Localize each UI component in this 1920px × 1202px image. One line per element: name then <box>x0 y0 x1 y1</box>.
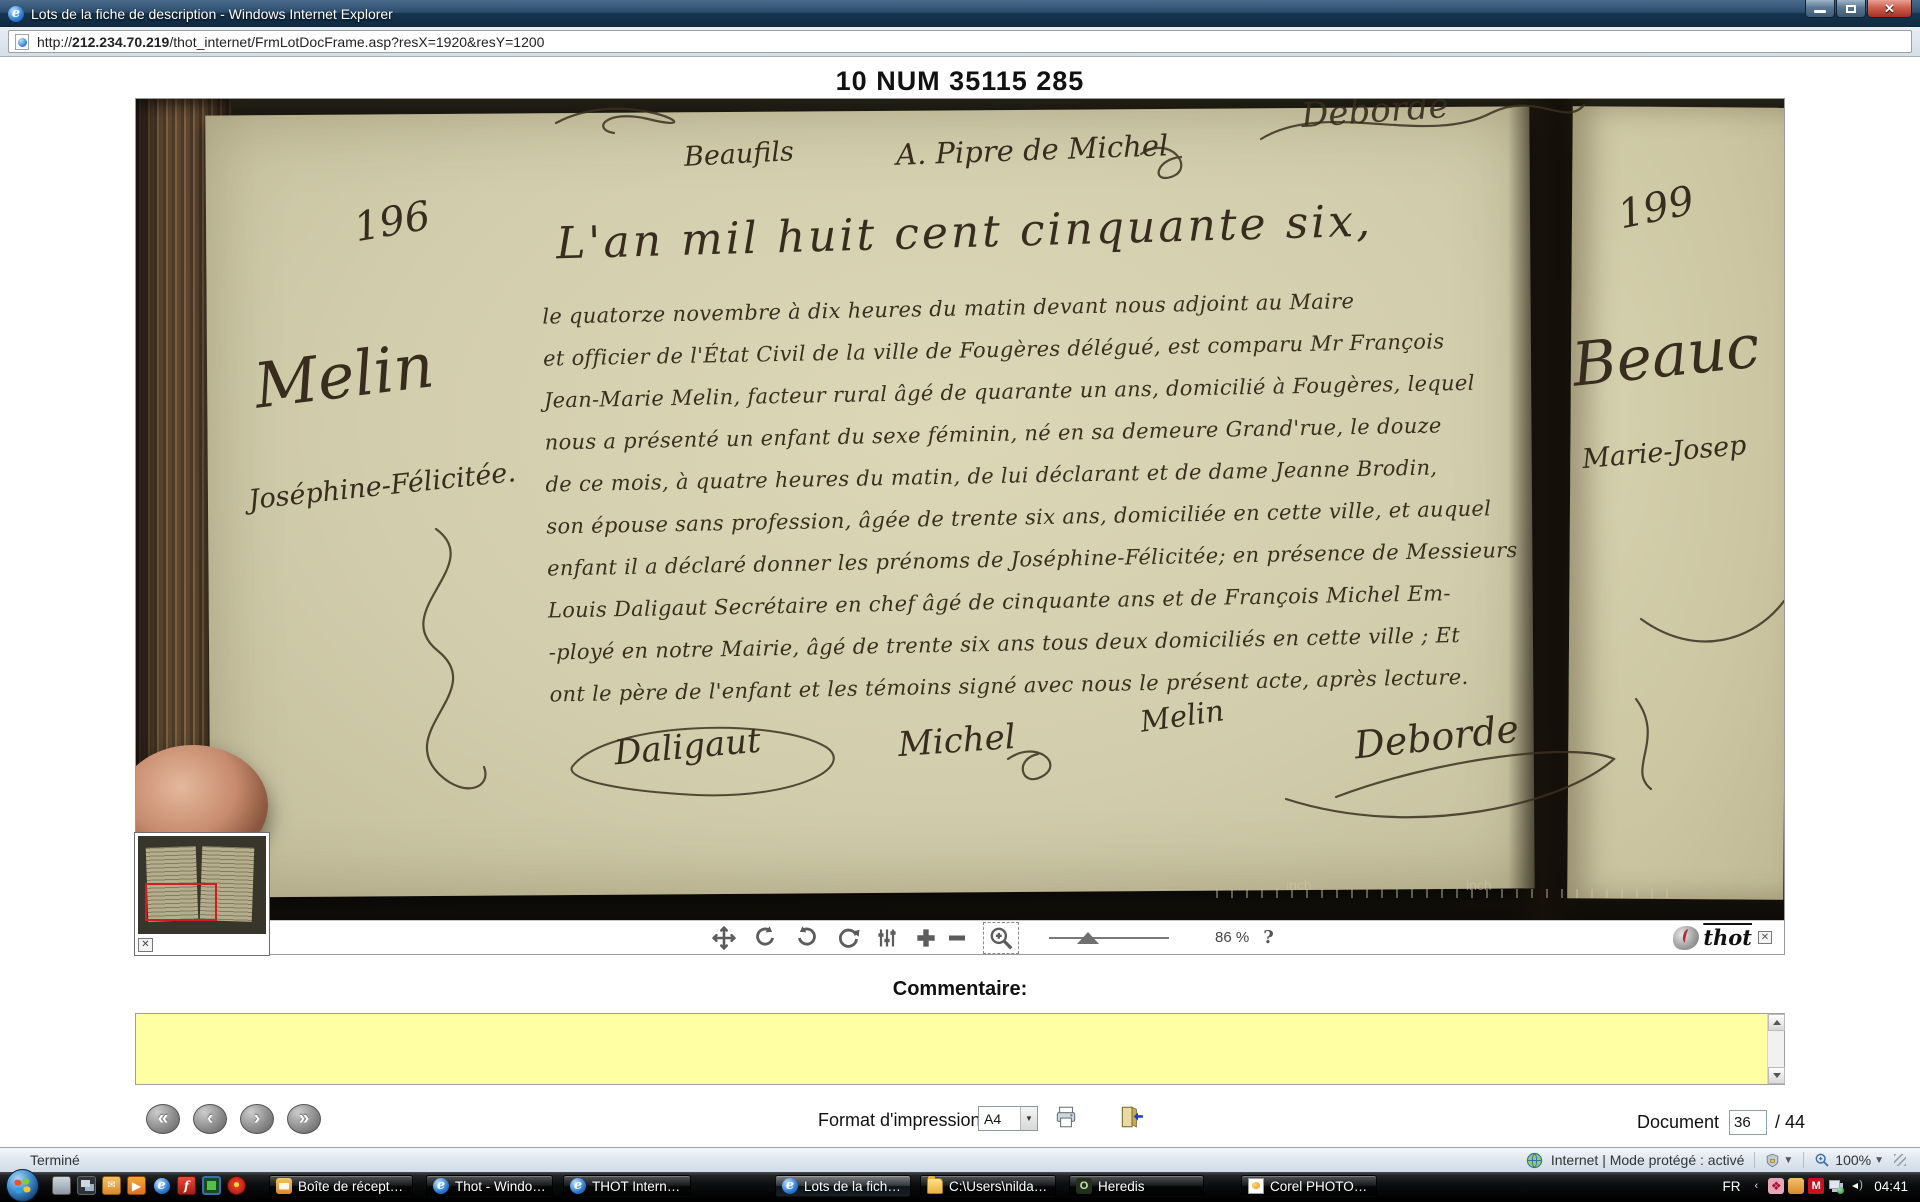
comment-label: Commentaire: <box>0 978 1920 1001</box>
zoom-tool-selected-icon[interactable] <box>983 922 1019 954</box>
address-bar: http://212.234.70.219/thot_internet/FrmL… <box>0 27 1920 57</box>
network-icon[interactable] <box>1828 1178 1844 1194</box>
ie-logo-icon: e <box>8 6 24 22</box>
document-number-input[interactable] <box>1729 1110 1767 1135</box>
show-desktop-icon[interactable] <box>52 1176 71 1195</box>
internet-globe-icon <box>1526 1152 1543 1169</box>
restore-icon <box>1846 5 1856 13</box>
comment-box <box>135 1013 1785 1085</box>
viewer-toolbar: 86 % ? thot ✕ <box>136 920 1784 954</box>
window-title: Lots de la fiche de description - Window… <box>31 6 393 22</box>
separator <box>1803 1152 1804 1168</box>
comment-input[interactable] <box>136 1014 1767 1084</box>
switch-windows-icon[interactable] <box>77 1176 96 1195</box>
margin-note-beaufils: Beaufils <box>683 136 794 173</box>
internet-explorer-quicklaunch-icon[interactable]: e <box>152 1176 171 1195</box>
zoom-out-icon[interactable] <box>945 925 969 951</box>
document-counter: Document / 44 <box>1637 1110 1805 1135</box>
zoom-slider[interactable] <box>1049 928 1169 948</box>
page-zoom-icon <box>1814 1152 1830 1168</box>
image-viewer-app-icon[interactable] <box>227 1176 246 1195</box>
heredis-icon: O <box>1076 1178 1092 1194</box>
exit-button[interactable] <box>1118 1104 1144 1135</box>
ruler-label: inch <box>1466 877 1492 893</box>
taskbar-button-thot-internet[interactable]: e THOT Internet - Wi... <box>563 1175 691 1197</box>
volume-icon[interactable] <box>1850 1178 1866 1194</box>
status-bar: Terminé Internet | Mode protégé : activé… <box>0 1147 1920 1172</box>
arrow-up-icon <box>1773 1020 1781 1025</box>
clock[interactable]: 04:41 <box>1874 1179 1908 1194</box>
shield-dropdown-caret-icon[interactable]: ▼ <box>1783 1155 1793 1166</box>
print-format-select[interactable]: A4 ▼ <box>978 1106 1038 1131</box>
url-field[interactable]: http://212.234.70.219/thot_internet/FrmL… <box>8 30 1912 53</box>
taskbar-button-lots-fiche[interactable]: e Lots de la fiche de d... <box>775 1175 911 1197</box>
thot-logo-text: thot <box>1703 925 1752 950</box>
document-total: / 44 <box>1775 1112 1805 1133</box>
corel-icon <box>1248 1178 1264 1194</box>
thumbnail-image[interactable] <box>138 836 266 934</box>
system-tray: FR ‹ ❖ M 04:41 <box>1723 1172 1920 1200</box>
zoom-slider-track <box>1049 937 1169 939</box>
vm-app-icon[interactable] <box>202 1176 221 1195</box>
protected-mode-shield-icon[interactable] <box>1765 1152 1780 1169</box>
pan-tool-icon[interactable] <box>711 925 737 951</box>
zoom-in-icon[interactable] <box>913 925 939 951</box>
register-photo[interactable]: inch inch Beaufi <box>136 99 1784 920</box>
window-controls: ✕ <box>1804 0 1912 18</box>
rotate-right-icon[interactable] <box>793 925 821 951</box>
minimize-icon <box>1814 10 1826 13</box>
ie-icon: e <box>570 1178 586 1194</box>
ie-icon: e <box>433 1178 449 1194</box>
print-format-value: A4 <box>979 1111 1020 1127</box>
print-format-label: Format d'impression: <box>818 1110 985 1131</box>
image-viewer: inch inch Beaufi <box>135 98 1785 955</box>
document-reference-title: 10 NUM 35115 285 <box>0 66 1920 97</box>
arrow-down-icon <box>1773 1073 1781 1078</box>
flash-icon[interactable]: f <box>177 1176 196 1195</box>
adjustments-icon[interactable] <box>875 925 899 951</box>
thumbnail-navigator[interactable]: ✕ <box>134 832 270 956</box>
next-document-button[interactable]: › <box>240 1104 274 1134</box>
first-document-button[interactable]: « <box>146 1104 180 1134</box>
ie-icon: e <box>782 1178 798 1194</box>
thumbnail-view-rectangle[interactable] <box>145 883 217 921</box>
tray-expand-icon[interactable]: ‹ <box>1755 1180 1759 1192</box>
taskbar-button-corel[interactable]: Corel PHOTO-PAIN... <box>1241 1175 1377 1197</box>
taskbar-button-inbox[interactable]: Boîte de réception - ... <box>269 1175 413 1197</box>
taskbar-button-heredis[interactable]: O Heredis <box>1069 1175 1204 1197</box>
language-indicator[interactable]: FR <box>1723 1179 1741 1194</box>
taskbar-button-explorer-pictures[interactable]: C:\Users\nilda\Pictu... <box>920 1175 1056 1197</box>
reset-rotation-icon[interactable] <box>835 925 861 951</box>
last-document-button[interactable]: » <box>287 1104 321 1134</box>
browser-window: e Lots de la fiche de description - Wind… <box>0 0 1920 1200</box>
status-right-zone: Internet | Mode protégé : activé ▼ 100% … <box>1526 1152 1906 1169</box>
folder-icon <box>927 1178 943 1194</box>
title-bar: e Lots de la fiche de description - Wind… <box>0 0 1920 27</box>
document-navigation: « ‹ › » <box>146 1104 321 1134</box>
photo-ruler <box>1216 889 1676 898</box>
zoom-dropdown-caret-icon[interactable]: ▼ <box>1874 1155 1884 1166</box>
mail-icon <box>276 1178 292 1194</box>
ruler-label: inch <box>1286 877 1312 893</box>
zoom-slider-thumb[interactable] <box>1077 932 1099 944</box>
print-button[interactable] <box>1052 1104 1080 1135</box>
thumbnail-close-icon[interactable]: ✕ <box>138 938 153 952</box>
scroll-down-button[interactable] <box>1768 1067 1785 1084</box>
page-favicon-icon <box>15 34 29 50</box>
zoom-percent-value: 86 % <box>1215 929 1249 946</box>
thot-logo: thot ✕ <box>1673 925 1772 950</box>
page-zoom-value[interactable]: 100% <box>1835 1152 1871 1168</box>
status-text: Terminé <box>30 1152 80 1168</box>
page-content: 10 NUM 35115 285 inch inch <box>0 58 1920 1147</box>
rotate-left-icon[interactable] <box>751 925 779 951</box>
logo-close-icon[interactable]: ✕ <box>1758 931 1772 944</box>
signature-michel: Michel <box>897 717 1017 765</box>
close-icon: ✕ <box>1884 1 1895 17</box>
select-arrow-icon: ▼ <box>1020 1107 1037 1130</box>
comment-scrollbar[interactable] <box>1767 1014 1784 1084</box>
restore-button[interactable] <box>1836 0 1866 18</box>
taskbar-button-thot[interactable]: e Thot - Windows Int... <box>426 1175 553 1197</box>
windows-logo-icon <box>14 1178 31 1194</box>
quick-launch: ✉ ▶ e f <box>52 1176 246 1195</box>
resize-grip <box>1894 1154 1906 1166</box>
minimize-button[interactable] <box>1805 0 1835 18</box>
previous-document-button[interactable]: ‹ <box>193 1104 227 1134</box>
url-text: http://212.234.70.219/thot_internet/FrmL… <box>37 34 544 50</box>
help-button[interactable]: ? <box>1263 927 1274 948</box>
start-button[interactable] <box>6 1169 39 1200</box>
separator <box>1754 1152 1755 1168</box>
security-zone-text: Internet | Mode protégé : activé <box>1551 1152 1745 1168</box>
document-label: Document <box>1637 1112 1719 1133</box>
scroll-up-button[interactable] <box>1768 1014 1785 1031</box>
close-button[interactable]: ✕ <box>1867 0 1912 18</box>
tray-app-icon[interactable]: ❖ <box>1768 1178 1784 1194</box>
taskbar: ✉ ▶ e f Boîte de réception - ... e Thot … <box>0 1172 1920 1200</box>
media-player-icon[interactable]: ▶ <box>127 1176 146 1195</box>
mcafee-icon[interactable]: M <box>1808 1178 1824 1194</box>
thot-ibis-icon <box>1673 926 1699 950</box>
mail-quicklaunch-icon[interactable]: ✉ <box>102 1176 121 1195</box>
tray-mail-icon[interactable] <box>1788 1178 1804 1194</box>
